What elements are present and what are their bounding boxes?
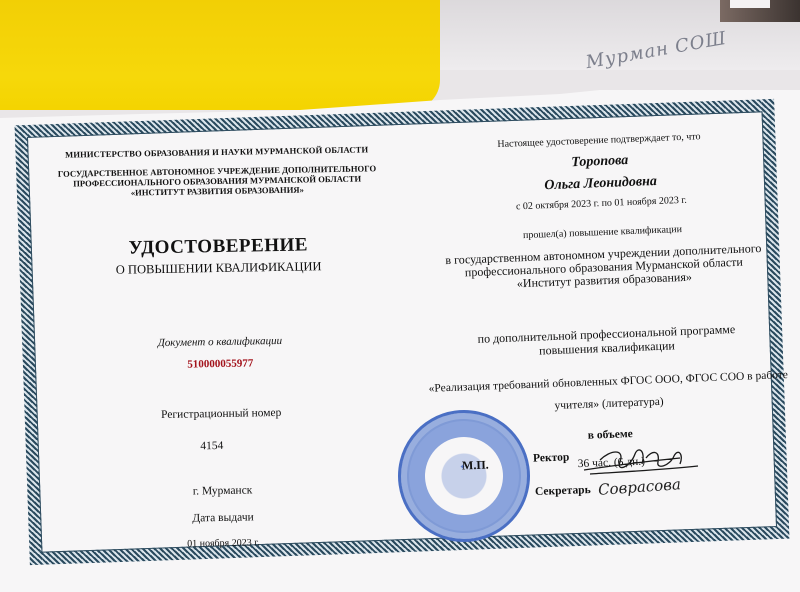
yellow-background <box>0 0 440 110</box>
certificate-subtitle: О ПОВЫШЕНИИ КВАЛИФИКАЦИИ <box>39 258 399 279</box>
institution-name: ГОСУДАРСТВЕННОЕ АВТОНОМНОЕ УЧРЕЖДЕНИЕ ДО… <box>37 163 397 199</box>
dark-corner-background <box>720 0 800 22</box>
paper-strip <box>730 0 770 8</box>
program-type: по дополнительной профессиональной прогр… <box>411 319 800 362</box>
city: г. Мурманск <box>42 482 402 500</box>
left-page: МИНИСТЕРСТВО ОБРАЗОВАНИЯ И НАУКИ МУРМАНС… <box>36 137 403 552</box>
organization-name: в государственном автономном учреждении … <box>408 241 799 295</box>
rector-label: Ректор <box>533 451 570 464</box>
issue-date-label: Дата выдачи <box>43 509 403 527</box>
qualification-doc-label: Документ о квалификации <box>40 333 400 351</box>
rector-signature <box>580 440 700 480</box>
qualification-doc-number: 510000055977 <box>40 355 400 373</box>
ministry-name: МИНИСТЕРСТВО ОБРАЗОВАНИЯ И НАУКИ МУРМАНС… <box>37 144 397 160</box>
certificate-title: УДОСТОВЕРЕНИЕ <box>38 233 398 261</box>
registration-number: 4154 <box>22 437 402 456</box>
registration-label: Регистрационный номер <box>41 405 401 423</box>
secretary-label: Секретарь <box>535 484 591 498</box>
stamp-place-label: М.П. <box>462 458 489 474</box>
